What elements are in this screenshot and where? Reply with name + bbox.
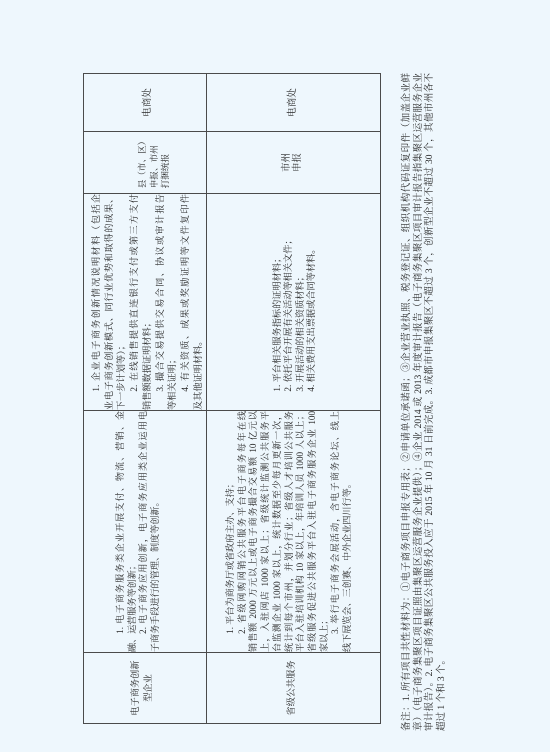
text-line: 4. 相关费用支出票据或合同等材料。 bbox=[306, 194, 317, 410]
criteria-item: 2. 电子商务应用创新，电子商务应用类企业运用电 子商务手段进行的管理、制度等创… bbox=[138, 411, 161, 652]
submission-cell: 市州 申报 bbox=[207, 132, 381, 194]
text-line: 及其他证明材料。 bbox=[192, 194, 205, 410]
materials-cell: 1. 企业电子商务创新情况说明材料（包括企 业电子商务创新模式、同行业优势和取得… bbox=[84, 194, 207, 411]
note-line: 备注：1. 所有项目共性材料为：①电子商务项目申报专用表；②申请单位承诺函；③企… bbox=[402, 73, 414, 731]
criteria-cell: 1. 平台为商务厅或省政府主办、支持； 2. 省级网购网销公共服务平台电子商务每… bbox=[207, 411, 381, 653]
text-line: 销售额数据证明材料； bbox=[141, 194, 154, 410]
text-line: 2. 电子商务应用创新，电子商务应用类企业运用电 bbox=[138, 411, 150, 652]
material-item: 4. 相关费用支出票据或合同等材料。 bbox=[306, 194, 317, 410]
material-item: 3. 开展活动的相关资质材料； bbox=[295, 194, 306, 410]
criteria-cell: 1. 电子商务服务类企业开展支付、物流、营销、金 融、运营服务等创新； 2. 电… bbox=[84, 411, 207, 653]
material-item: 2. 在线销售提供直连银行支付或第三方支付 销售额数据证明材料； bbox=[128, 194, 153, 410]
text-line: 1. 企业电子商务创新情况说明材料（包括企 bbox=[90, 194, 103, 410]
text-line: 省级服务促进公共服务平台入驻电子商务服务企业 100 bbox=[307, 411, 319, 652]
submission-method: 市州 申报 bbox=[282, 153, 304, 172]
text-line: 融、运营服务等创新； bbox=[127, 411, 139, 652]
notes: 备注：1. 所有项目共性材料为：①电子商务项目申报专用表；②申请单位承诺函；③企… bbox=[402, 73, 449, 731]
text-line: 县（市、区） bbox=[137, 137, 149, 189]
text-line: 1. 平台为商务厅或省政府主办、支持； bbox=[225, 411, 237, 652]
text-line: 3. 举行电子商务会展活动，含电子商务论坛、线上 bbox=[330, 411, 342, 652]
document-page: 电子商务创新型企业 1. 电子商务服务类企业开展支付、物流、营销、金 融、运营服… bbox=[0, 0, 550, 752]
criteria-item: 1. 电子商务服务类企业开展支付、物流、营销、金 融、运营服务等创新； bbox=[115, 411, 138, 652]
text-line: 下一步计划等）； bbox=[115, 194, 128, 410]
material-item: 3. 撮合交易提供交易合同、协议或审计报告 等相关证明； bbox=[154, 194, 179, 410]
material-item: 4. 有关资质、成果或奖励证明等文件复印件 及其他证明材料。 bbox=[179, 194, 204, 410]
text-line: 平台入驻培训机构 10 家以上，年培训人员 1000 人以上； bbox=[295, 411, 307, 652]
department-cell: 电商处 bbox=[207, 74, 381, 132]
category-label: 电子商务创新型企业 bbox=[129, 659, 155, 716]
criteria-item: 1. 平台为商务厅或省政府主办、支持； bbox=[225, 411, 237, 652]
text-line: 3. 撮合交易提供交易合同、协议或审计报告 bbox=[154, 194, 167, 410]
text-line: 家以上； bbox=[319, 411, 331, 652]
criteria-item: 2. 省级网购网销公共服务平台电子商务每年在线 销售额 2000 万元以上或电子… bbox=[237, 411, 331, 652]
text-line: 上，入驻网店 1000 家以上；省级统计监测公共服务平 bbox=[260, 411, 272, 652]
text-line: 台监测企业 1000 家以上，统计数据至少每月更新一次， bbox=[272, 411, 284, 652]
text-line: 线下展览会、三创赛、中外企业四川行等。 bbox=[342, 411, 354, 652]
text-line: 2. 省级网购网销公共服务平台电子商务每年在线 bbox=[237, 411, 249, 652]
text-line: 子商务手段进行的管理、制度等创新。 bbox=[150, 411, 162, 652]
department-label: 电商处 bbox=[142, 88, 153, 117]
table-row: 电子商务创新型企业 1. 电子商务服务类企业开展支付、物流、营销、金 融、运营服… bbox=[84, 74, 207, 724]
category-label: 省级公共服务 bbox=[285, 659, 297, 716]
category-cell: 电子商务创新型企业 bbox=[84, 653, 207, 724]
text-line: 等相关证明； bbox=[166, 194, 179, 410]
note-line: 超过 1 个和 3 个。 bbox=[437, 73, 449, 731]
text-line: 3. 开展活动的相关资质材料； bbox=[295, 194, 306, 410]
text-line: 4. 有关资质、成果或奖励证明等文件复印件 bbox=[179, 194, 192, 410]
text-line: 销售额 2000 万元以上或电子商务撮合交易额 10 亿元以 bbox=[248, 411, 260, 652]
submission-method: 县（市、区） 申报、市州 打捆统报 bbox=[137, 137, 172, 189]
materials-cell: 1. 平台相关服务指标的证明材料； 2. 依托平台开展有关活动等相关文件； 3.… bbox=[207, 194, 381, 411]
text-line: 2. 在线销售提供直连银行支付或第三方支付 bbox=[128, 194, 141, 410]
text-line: 业电子商务创新模式、同行业优势和取得的成果、 bbox=[103, 194, 116, 410]
text-line: 1. 电子商务服务类企业开展支付、物流、营销、金 bbox=[115, 411, 127, 652]
submission-cell: 县（市、区） 申报、市州 打捆统报 bbox=[84, 132, 207, 194]
criteria-item: 3. 举行电子商务会展活动，含电子商务论坛、线上 线下展览会、三创赛、中外企业四… bbox=[330, 411, 353, 652]
text-line: 1. 平台相关服务指标的证明材料； bbox=[272, 194, 283, 410]
text-line: 市州 bbox=[282, 153, 293, 172]
department-cell: 电商处 bbox=[84, 74, 207, 132]
project-table: 电子商务创新型企业 1. 电子商务服务类企业开展支付、物流、营销、金 融、运营服… bbox=[83, 73, 381, 724]
text-line: 统计到每个市州，并划分行业；省级人才培训公共服务 bbox=[284, 411, 296, 652]
note-line: 审计报告）。2. 电子商务集聚区公共服务投入应于 2015 年 10 月 31 … bbox=[425, 73, 437, 731]
material-item: 2. 依托平台开展有关活动等相关文件； bbox=[283, 194, 294, 410]
text-line: 申报 bbox=[293, 153, 304, 172]
material-item: 1. 企业电子商务创新情况说明材料（包括企 业电子商务创新模式、同行业优势和取得… bbox=[90, 194, 128, 410]
text-line: 2. 依托平台开展有关活动等相关文件； bbox=[283, 194, 294, 410]
category-cell: 省级公共服务 bbox=[207, 653, 381, 724]
text-line: 打捆统报 bbox=[160, 137, 172, 189]
material-item: 1. 平台相关服务指标的证明材料； bbox=[272, 194, 283, 410]
note-line: 章）（电子商务集聚区项目证照由集聚区运营服务企业提供）；④企业 2014 或 2… bbox=[414, 73, 426, 731]
department-label: 电商处 bbox=[287, 88, 298, 117]
text-line: 申报、市州 bbox=[149, 137, 161, 189]
table-row: 省级公共服务 1. 平台为商务厅或省政府主办、支持； 2. 省级网购网销公共服务… bbox=[207, 74, 381, 724]
